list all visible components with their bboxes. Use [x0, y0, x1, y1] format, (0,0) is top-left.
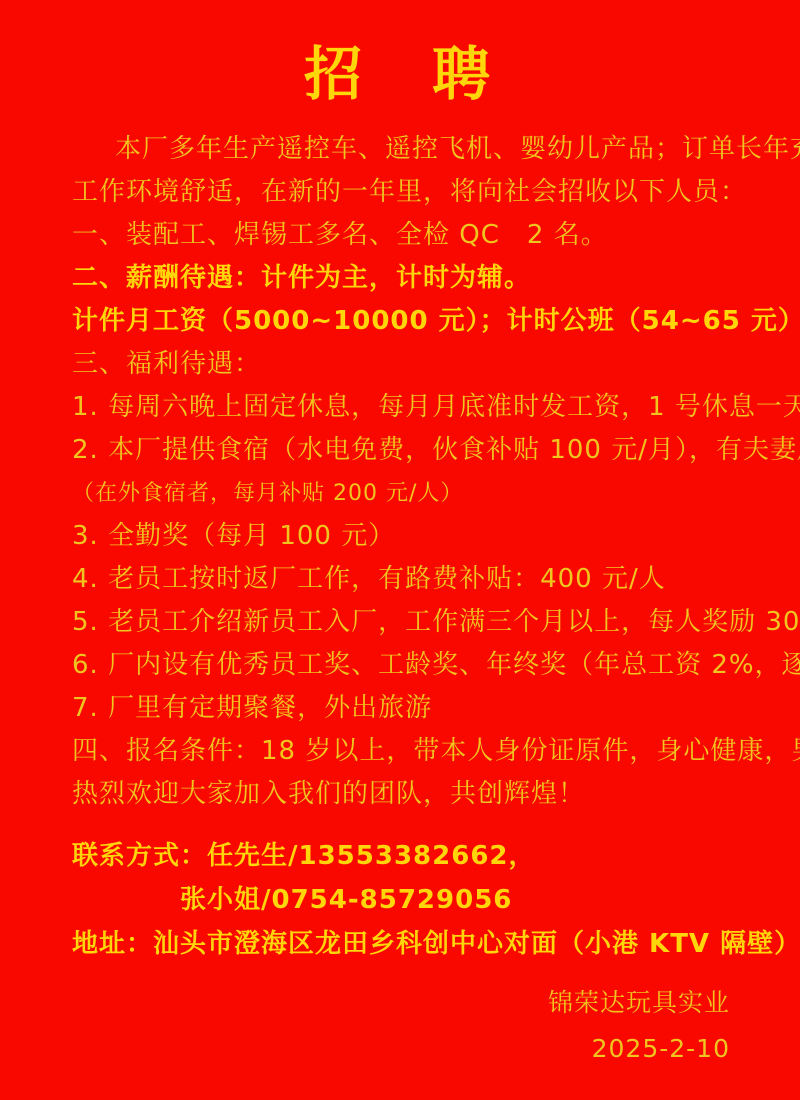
welfare-item-5: 5. 老员工介绍新员工入厂，工作满三个月以上，每人奖励 300 元: [72, 601, 744, 644]
company-name: 锦荣达玩具实业: [72, 980, 730, 1026]
section-welfare-heading: 三、福利待遇：: [72, 343, 744, 386]
contact-phone-1: 联系方式：任先生/13553382662，: [72, 834, 744, 878]
section-salary-heading: 二、薪酬待遇：计件为主，计时为辅。: [72, 257, 744, 300]
poster-body: 本厂多年生产遥控车、遥控飞机、婴幼儿产品；订单长年充足， 工作环境舒适，在新的一…: [0, 128, 800, 1072]
welfare-item-7: 7. 厂里有定期聚餐，外出旅游: [72, 687, 744, 730]
intro-line-1: 本厂多年生产遥控车、遥控飞机、婴幼儿产品；订单长年充足，: [72, 128, 744, 171]
poster-footer: 锦荣达玩具实业 2025-2-10: [72, 980, 744, 1072]
contact-address: 地址：汕头市澄海区龙田乡科创中心对面（小港 KTV 隔壁）: [72, 922, 744, 966]
welfare-note: （在外食宿者，每月补贴 200 元/人）: [72, 472, 744, 515]
section-positions: 一、装配工、焊锡工多名、全检 QC 2 名。: [72, 214, 744, 257]
contact-block: 联系方式：任先生/13553382662， 张小姐/0754-85729056 …: [72, 834, 744, 966]
welfare-item-2: 2. 本厂提供食宿（水电免费，伙食补贴 100 元/月），有夫妻房、空调: [72, 429, 744, 472]
section-salary-detail: 计件月工资（5000~10000 元）；计时公班（54~65 元）: [72, 300, 744, 343]
section-requirements: 四、报名条件：18 岁以上，带本人身份证原件，身心健康，男女不限。: [72, 730, 744, 773]
welcome-line: 热烈欢迎大家加入我们的团队，共创辉煌！: [72, 773, 744, 816]
welfare-item-1: 1. 每周六晚上固定休息，每月月底准时发工资，1 号休息一天: [72, 386, 744, 429]
poster-date: 2025-2-10: [72, 1026, 730, 1072]
welfare-item-6: 6. 厂内设有优秀员工奖、工龄奖、年终奖（年总工资 2%，逐年提升）: [72, 644, 744, 687]
welfare-item-3: 3. 全勤奖（每月 100 元）: [72, 515, 744, 558]
contact-phone-2: 张小姐/0754-85729056: [72, 878, 744, 922]
intro-line-2: 工作环境舒适，在新的一年里，将向社会招收以下人员：: [72, 171, 744, 214]
recruitment-poster: 招 聘 本厂多年生产遥控车、遥控飞机、婴幼儿产品；订单长年充足， 工作环境舒适，…: [0, 0, 800, 1100]
welfare-item-4: 4. 老员工按时返厂工作，有路费补贴：400 元/人: [72, 558, 744, 601]
poster-title: 招 聘: [0, 0, 800, 106]
